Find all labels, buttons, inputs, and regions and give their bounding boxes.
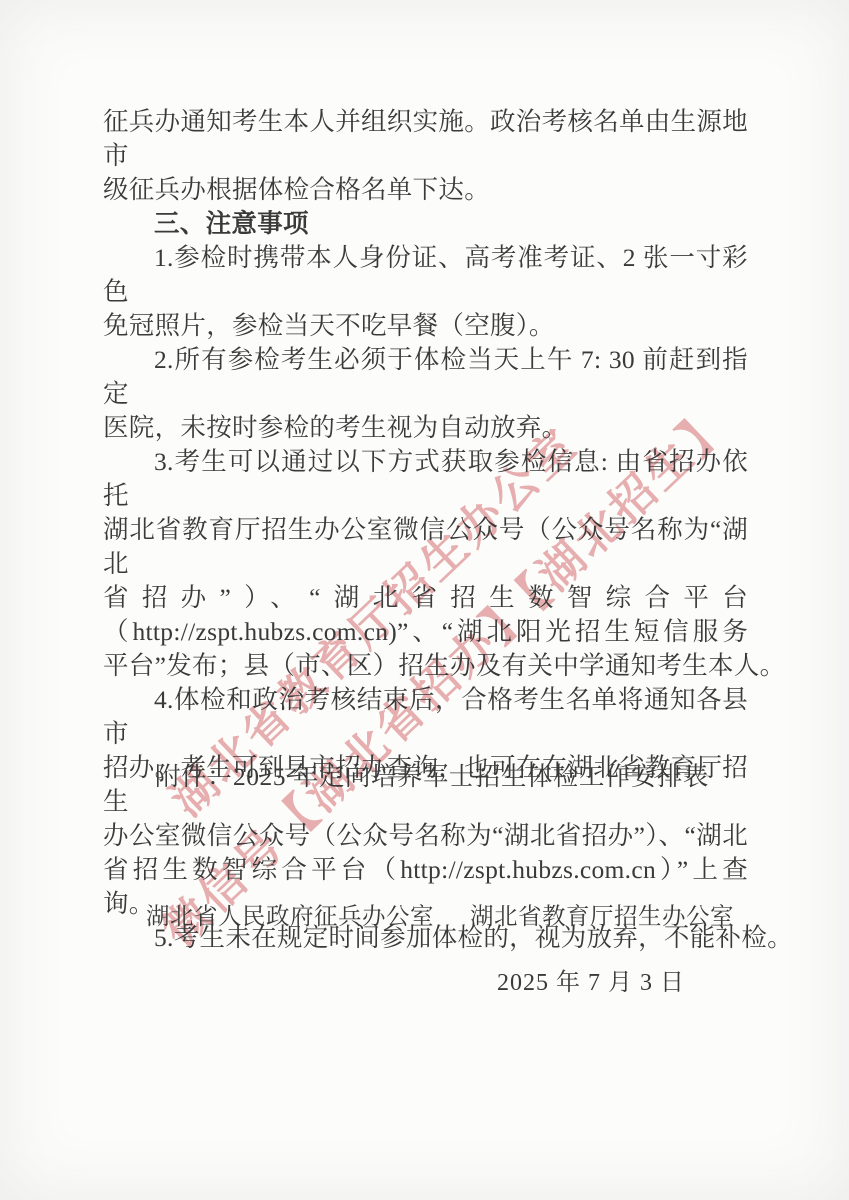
document-line: 级征兵办根据体检合格名单下达。 (103, 173, 748, 207)
document-line: 湖北省教育厅招生办公室微信公众号（公众号名称为“湖北 (103, 513, 748, 581)
document-line: 省招生数智综合平台（http://zspt.hubzs.com.cn）”上查 (103, 853, 748, 887)
document-line: 三、注意事项 (103, 207, 748, 241)
document-body: 征兵办通知考生本人并组织实施。政治考核名单由生源地市级征兵办根据体检合格名单下达… (103, 105, 748, 955)
document-line: 医院，未按时参检的考生视为自动放弃。 (103, 411, 748, 445)
document-line: 4.体检和政治考核结束后，合格考生名单将通知各县市 (103, 683, 748, 751)
document-line: 3.考生可以通过以下方式获取参检信息: 由省招办依托 (103, 445, 748, 513)
attachment-line: 附件：2025 年定向培养军士招生体检工作安排表 (155, 757, 709, 793)
document-line: （http://zspt.hubzs.com.cn)”、“湖北阳光招生短信服务 (103, 615, 748, 649)
document-line: 2.所有参检考生必须于体检当天上午 7: 30 前赶到指定 (103, 343, 748, 411)
signature-row: 湖北省人民政府征兵办公室 湖北省教育厅招生办公室 (146, 897, 734, 931)
document-line: 办公室微信公众号（公众号名称为“湖北省招办”）、“湖北 (103, 819, 748, 853)
document-line: 免冠照片，参检当天不吃早餐（空腹）。 (103, 309, 748, 343)
date-line: 2025 年 7 月 3 日 (497, 962, 685, 997)
document-page: 湖北省教育厅招生办公室 微信号【湖北省招办】【湖北招生】 征兵办通知考生本人并组… (0, 0, 849, 1200)
document-line: 省招办”）、“湖北省招生数智综合平台 (103, 581, 748, 615)
document-line: 平台”发布；县（市、区）招生办及有关中学通知考生本人。 (103, 649, 748, 683)
document-line: 征兵办通知考生本人并组织实施。政治考核名单由生源地市 (103, 105, 748, 173)
signature-admissions-office: 湖北省教育厅招生办公室 (470, 897, 734, 931)
document-line: 1.参检时携带本人身份证、高考准考证、2 张一寸彩色 (103, 241, 748, 309)
signature-draft-office: 湖北省人民政府征兵办公室 (146, 897, 434, 931)
